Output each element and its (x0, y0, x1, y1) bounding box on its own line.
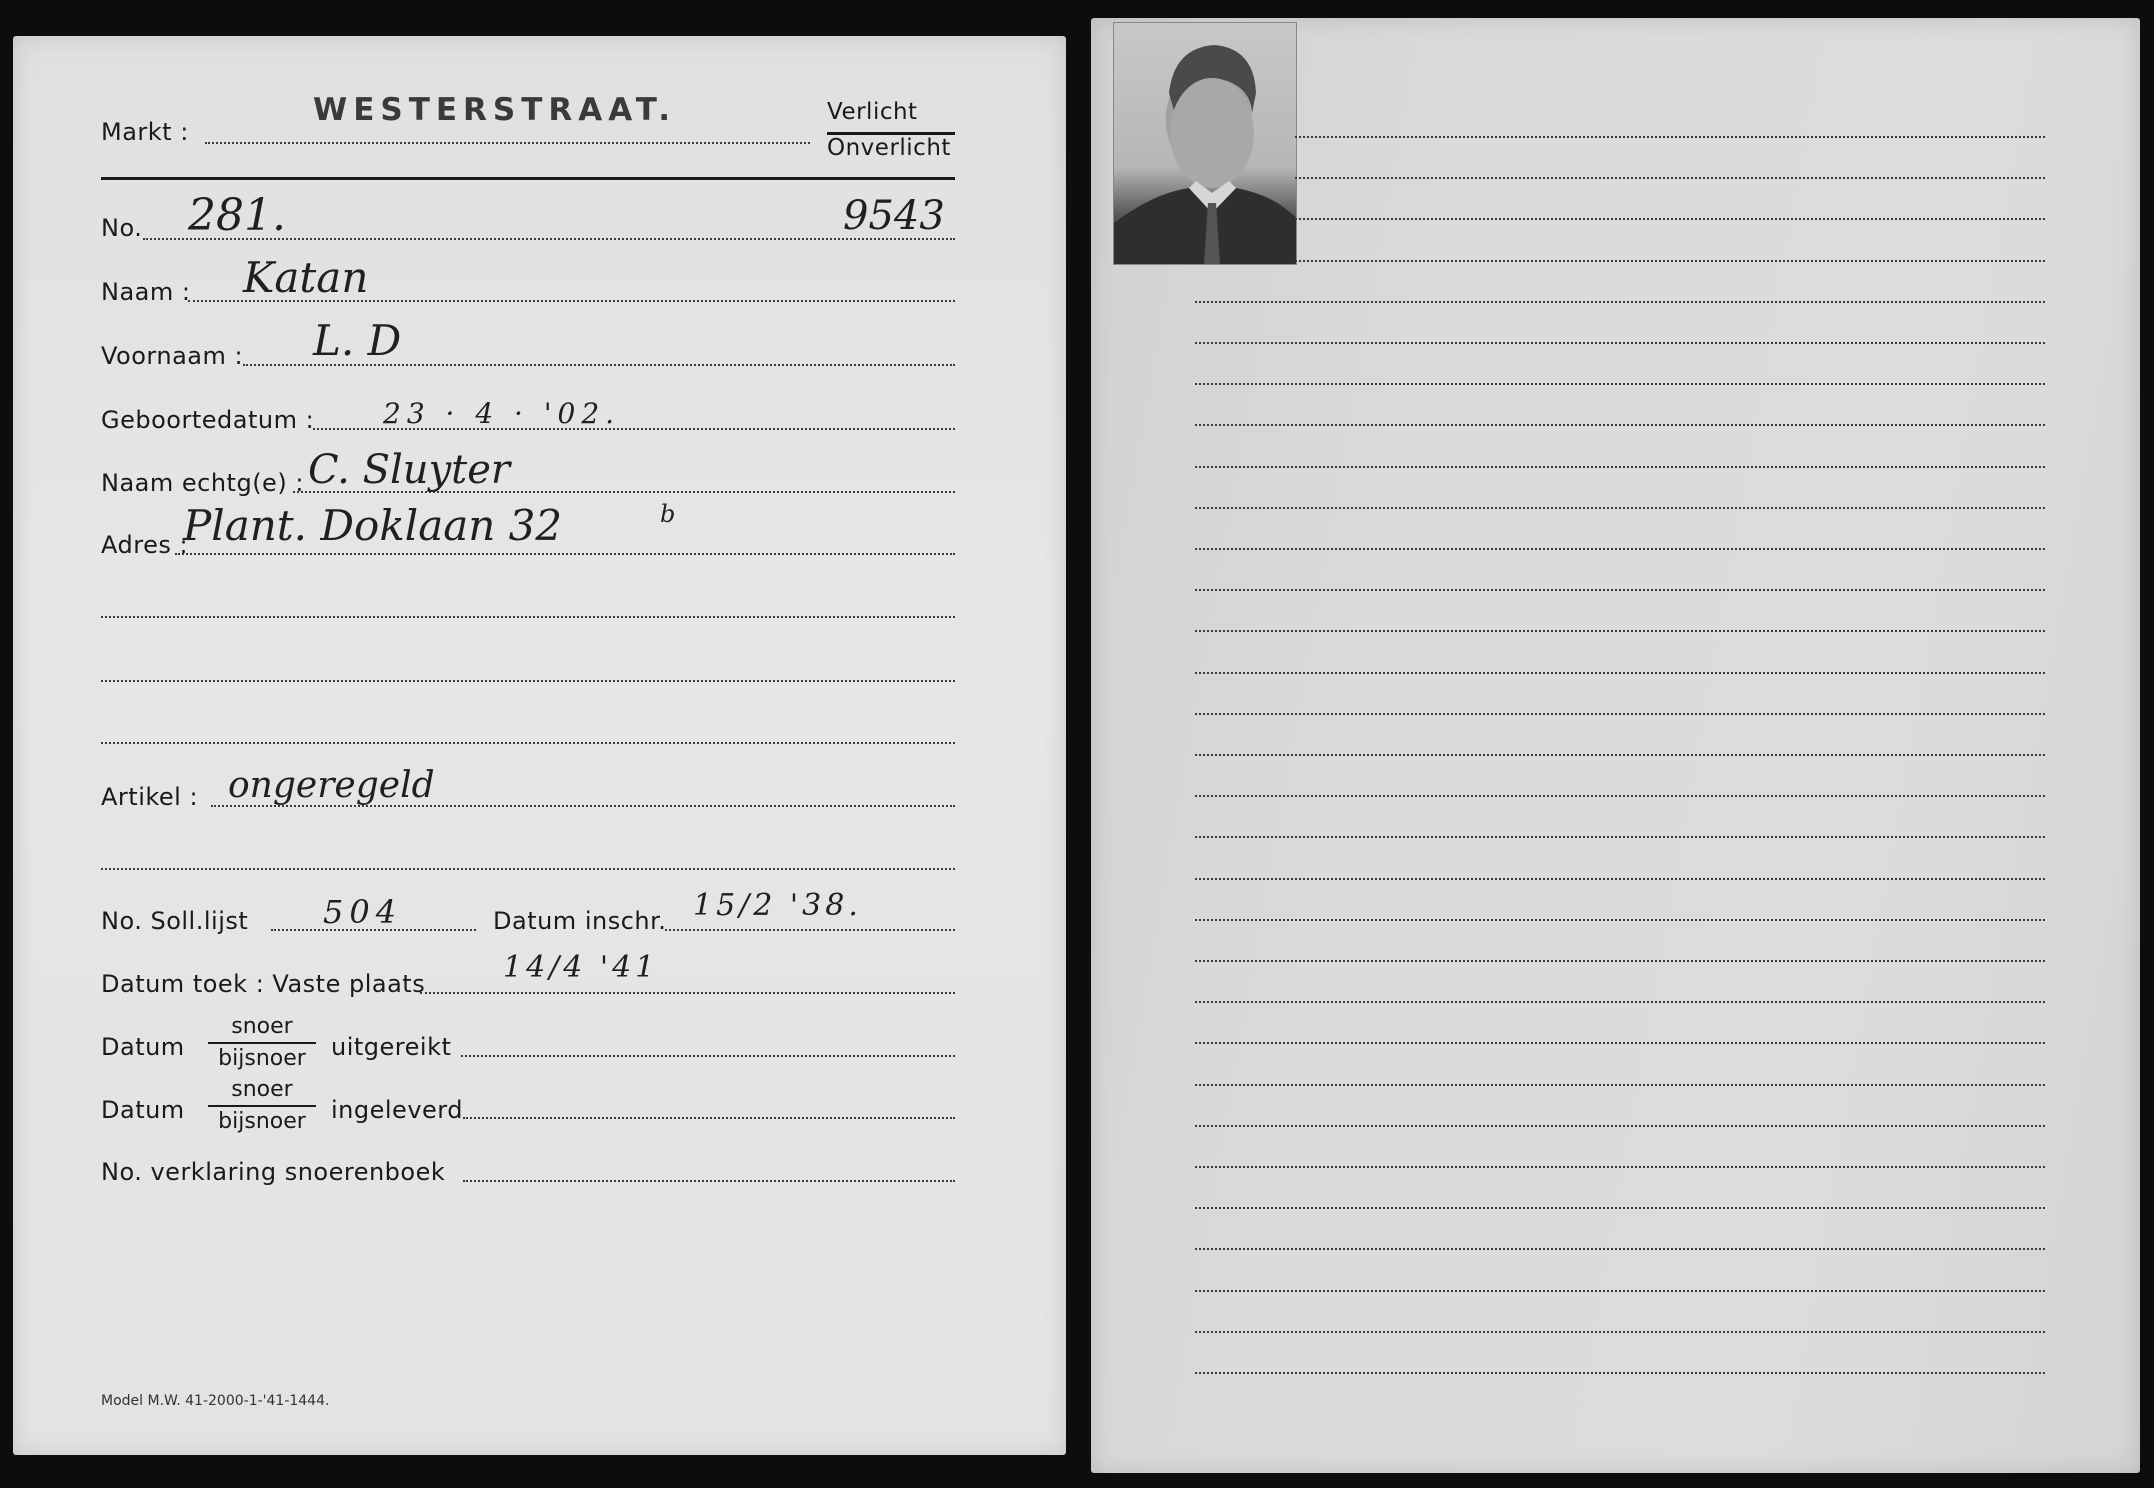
datum-inschr-value: 15/2 '38. (693, 886, 862, 926)
adres-suffix: b (660, 494, 675, 534)
artikel-line-2 (101, 868, 955, 870)
uitgereikt-suffix: uitgereikt (331, 1033, 451, 1061)
ingeleverd-prefix: Datum (101, 1096, 185, 1124)
verlicht-option: Verlicht (827, 98, 918, 126)
portrait-photo (1113, 22, 1297, 265)
fraction-top: snoer (208, 1077, 316, 1103)
ruled-line (1195, 466, 2045, 468)
soll-lijst-value: 504 (323, 892, 402, 932)
ruled-line (1195, 1166, 2045, 1168)
onverlicht-option: Onverlicht (827, 134, 951, 162)
markt-label: Markt : (101, 118, 189, 146)
artikel-label: Artikel : (101, 783, 198, 811)
soll-lijst-label: No. Soll.lijst (101, 907, 248, 935)
ruled-line (1195, 878, 2045, 880)
voornaam-label: Voornaam : (101, 342, 243, 370)
naam-label: Naam : (101, 278, 190, 306)
ruled-line (1195, 1290, 2045, 1292)
verklaring-line (463, 1180, 955, 1182)
ruled-line (1195, 754, 2045, 756)
uitgereikt-fraction: snoer bijsnoer (208, 1014, 316, 1072)
ruled-line (1195, 589, 2045, 591)
markt-line (205, 142, 810, 144)
no-label: No. (101, 214, 142, 242)
ruled-line (1195, 919, 2045, 921)
ruled-line (1195, 548, 2045, 550)
no-extra-value: 9543 (843, 196, 945, 236)
geboortedatum-value: 23 · 4 · '02. (383, 394, 620, 434)
ruled-line (1195, 507, 2045, 509)
fraction-bar (208, 1042, 316, 1044)
vaste-plaats-label: Datum toek : Vaste plaats (101, 970, 425, 998)
ruled-line (1195, 301, 2045, 303)
adres-value: Plant. Doklaan 32 (183, 506, 562, 546)
header-rule (101, 177, 955, 180)
uitgereikt-line (461, 1055, 955, 1057)
ruled-line (1195, 960, 2045, 962)
ruled-line (1195, 795, 2045, 797)
ruled-line (1195, 1084, 2045, 1086)
fraction-bottom: bijsnoer (208, 1109, 316, 1135)
uitgereikt-prefix: Datum (101, 1033, 185, 1061)
ruled-line (1195, 713, 2045, 715)
ruled-line (1295, 260, 2045, 262)
naam-value: Katan (243, 258, 368, 298)
datum-inschr-line (665, 929, 955, 931)
no-value: 281. (188, 196, 286, 236)
naam-echtgenote-label: Naam echtg(e) : (101, 469, 304, 497)
ruled-line (1195, 1207, 2045, 1209)
datum-inschr-label: Datum inschr. (493, 907, 666, 935)
ruled-line (1295, 177, 2045, 179)
portrait-silhouette-icon (1114, 23, 1296, 264)
model-footer: Model M.W. 41-2000-1-'41-1444. (101, 1393, 329, 1409)
market-registration-card-front: Markt : WESTERSTRAAT. Verlicht Onverlich… (13, 36, 1066, 1455)
fraction-bar (208, 1105, 316, 1107)
adres-line (175, 553, 955, 555)
naam-echtgenote-value: C. Sluyter (308, 450, 510, 490)
ruled-line (1195, 836, 2045, 838)
verklaring-label: No. verklaring snoerenboek (101, 1158, 445, 1186)
voornaam-value: L. D (313, 321, 401, 361)
ruled-line (1195, 383, 2045, 385)
ruled-line (1195, 424, 2045, 426)
ruled-line (1195, 342, 2045, 344)
markt-value: WESTERSTRAAT. (313, 92, 676, 128)
vaste-plaats-value: 14/4 '41 (503, 948, 658, 988)
vaste-plaats-line (420, 992, 955, 994)
ruled-line (1195, 1248, 2045, 1250)
fraction-bottom: bijsnoer (208, 1046, 316, 1072)
ingeleverd-suffix: ingeleverd (331, 1096, 463, 1124)
ruled-line (1195, 1042, 2045, 1044)
ingeleverd-fraction: snoer bijsnoer (208, 1077, 316, 1135)
fraction-top: snoer (208, 1014, 316, 1040)
ruled-line (1295, 136, 2045, 138)
ruled-line (1195, 1001, 2045, 1003)
adres-line-4 (101, 742, 955, 744)
ingeleverd-line (463, 1117, 955, 1119)
ruled-line (1195, 630, 2045, 632)
ruled-line (1295, 218, 2045, 220)
ruled-line (1195, 1372, 2045, 1374)
market-registration-card-back (1091, 18, 2140, 1473)
adres-line-3 (101, 680, 955, 682)
ruled-line (1195, 1331, 2045, 1333)
adres-line-2 (101, 616, 955, 618)
geboortedatum-label: Geboortedatum : (101, 406, 314, 434)
artikel-value: ongeregeld (228, 766, 435, 806)
ruled-line (1195, 1125, 2045, 1127)
ruled-line (1195, 672, 2045, 674)
